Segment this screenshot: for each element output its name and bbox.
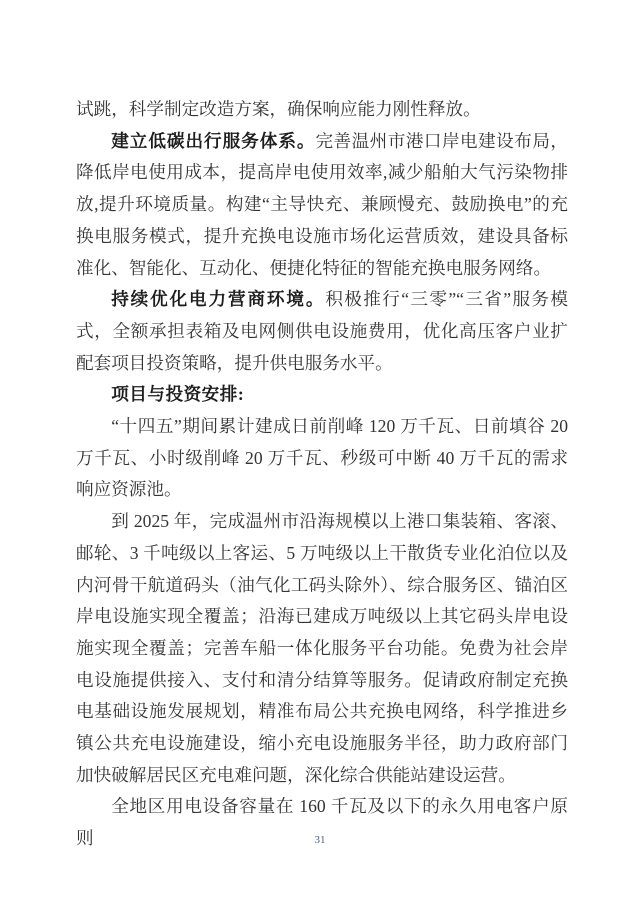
document-body: 试跳，科学制定改造方案，确保响应能力刚性释放。 建立低碳出行服务体系。完善温州市… [76,94,568,855]
paragraph-text: 完善温州市港口岸电建设布局，降低岸电使用成本，提高岸电使用效率,减少船舶大气污染… [76,131,568,278]
paragraph-business-environment: 持续优化电力营商环境。积极推行“三零”“三省”服务模式，全额承担表箱及电网侧供电… [76,284,568,379]
paragraph-text: 试跳，科学制定改造方案，确保响应能力刚性释放。 [76,99,481,119]
paragraph-text: 到 2025 年，完成温州市沿海规模以上港口集装箱、客滚、邮轮、3 千吨级以上客… [76,511,568,785]
section-heading: 项目与投资安排: [111,384,244,404]
paragraph-demand-response: “十四五”期间累计建成日前削峰 120 万千瓦、日前填谷 20 万千瓦、小时级削… [76,411,568,506]
run-in-heading: 建立低碳出行服务体系。 [111,131,315,151]
paragraph-text: “十四五”期间累计建成日前削峰 120 万千瓦、日前填谷 20 万千瓦、小时级削… [76,416,568,499]
paragraph-continuation: 试跳，科学制定改造方案，确保响应能力刚性释放。 [76,94,568,126]
run-in-heading: 持续优化电力营商环境。 [111,289,325,309]
document-page: 试跳，科学制定改造方案，确保响应能力刚性释放。 建立低碳出行服务体系。完善温州市… [0,0,640,905]
paragraph-investment-heading: 项目与投资安排: [76,379,568,411]
paragraph-low-carbon-travel: 建立低碳出行服务体系。完善温州市港口岸电建设布局，降低岸电使用成本，提高岸电使用… [76,126,568,285]
paragraph-2025-targets: 到 2025 年，完成温州市沿海规模以上港口集装箱、客滚、邮轮、3 千吨级以上客… [76,506,568,791]
page-number: 31 [0,833,640,847]
